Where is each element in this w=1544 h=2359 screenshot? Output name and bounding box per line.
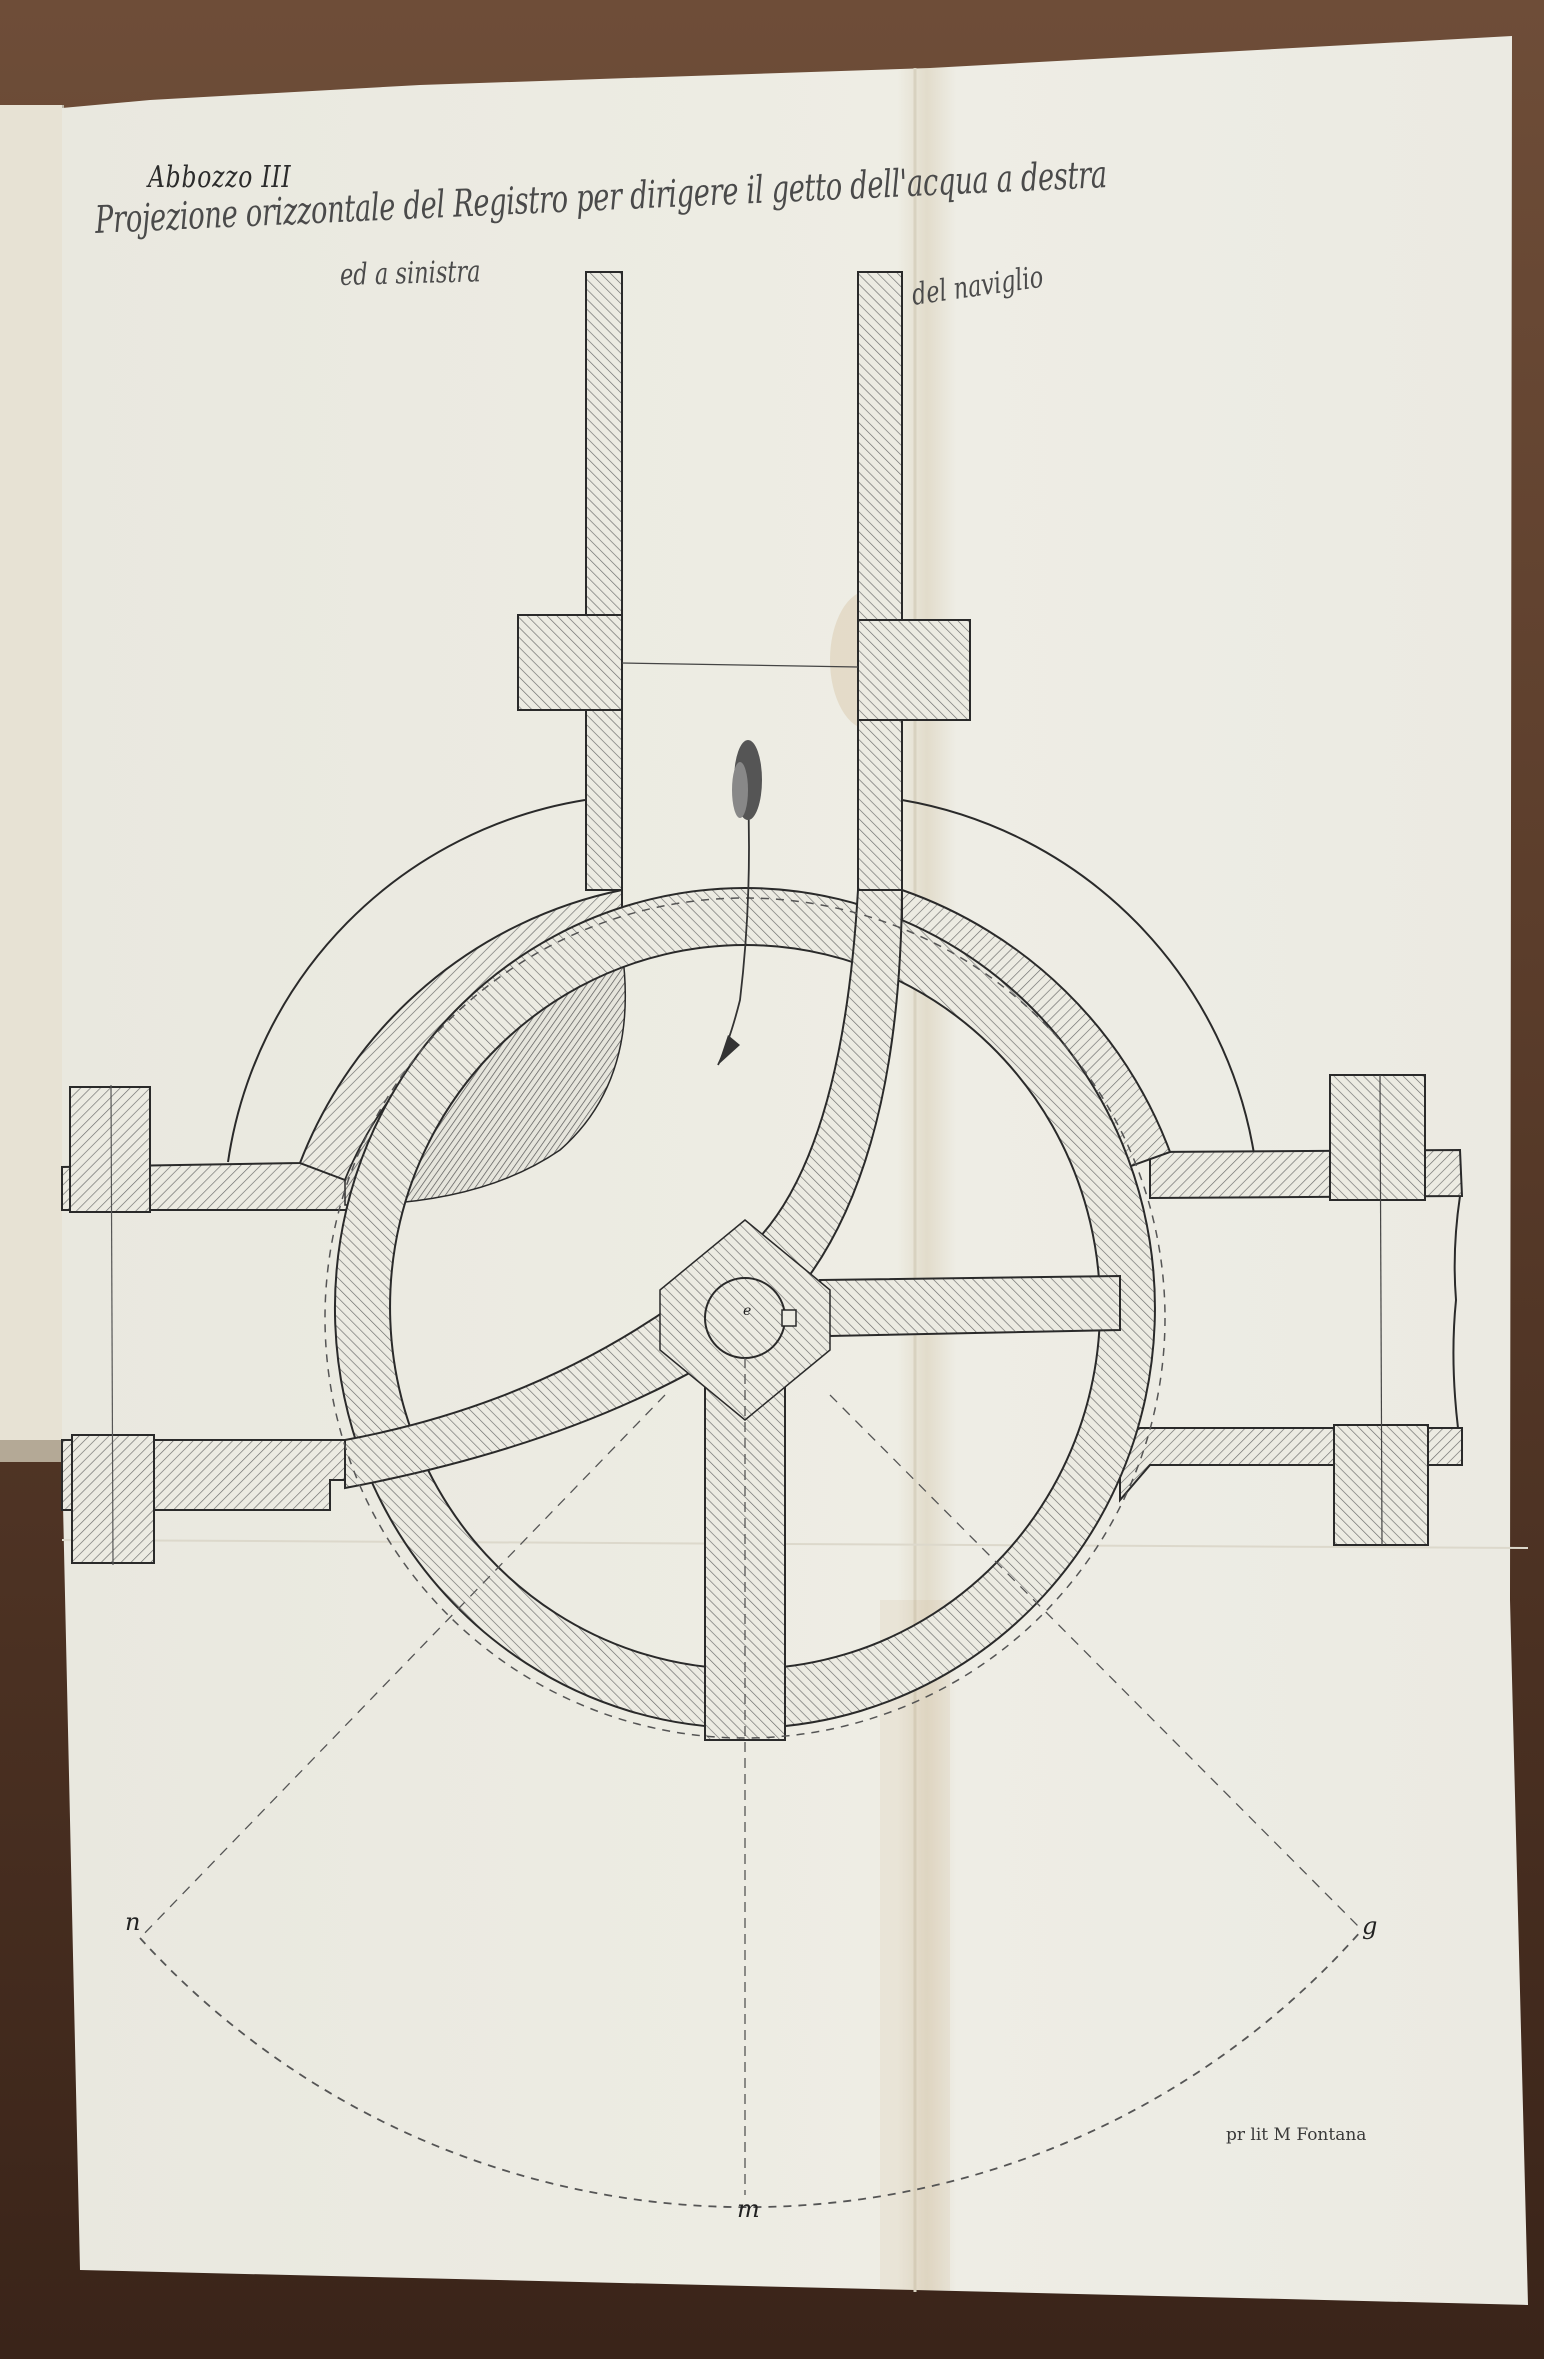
top-channel-left-wall: [586, 272, 622, 890]
top-channel-right-wall: [858, 272, 902, 890]
point-label-m: m: [737, 2195, 760, 2223]
right-spoke: [820, 1276, 1120, 1336]
hub-label-e: e: [743, 1303, 751, 1319]
foxing-stain-lower: [880, 1600, 950, 2290]
right-top-flange: [1330, 1075, 1425, 1200]
top-right-flange: [858, 620, 970, 720]
folded-plate-sheet: [0, 0, 1544, 2359]
lithographer-credit: pr lit M Fontana: [1226, 2125, 1366, 2145]
point-label-n: n: [125, 1908, 140, 1936]
technical-drawing: [0, 0, 1544, 2359]
hub-key: [782, 1310, 796, 1326]
left-top-flange: [70, 1087, 150, 1212]
point-label-g: g: [1362, 1912, 1377, 1940]
top-left-flange: [518, 615, 622, 710]
